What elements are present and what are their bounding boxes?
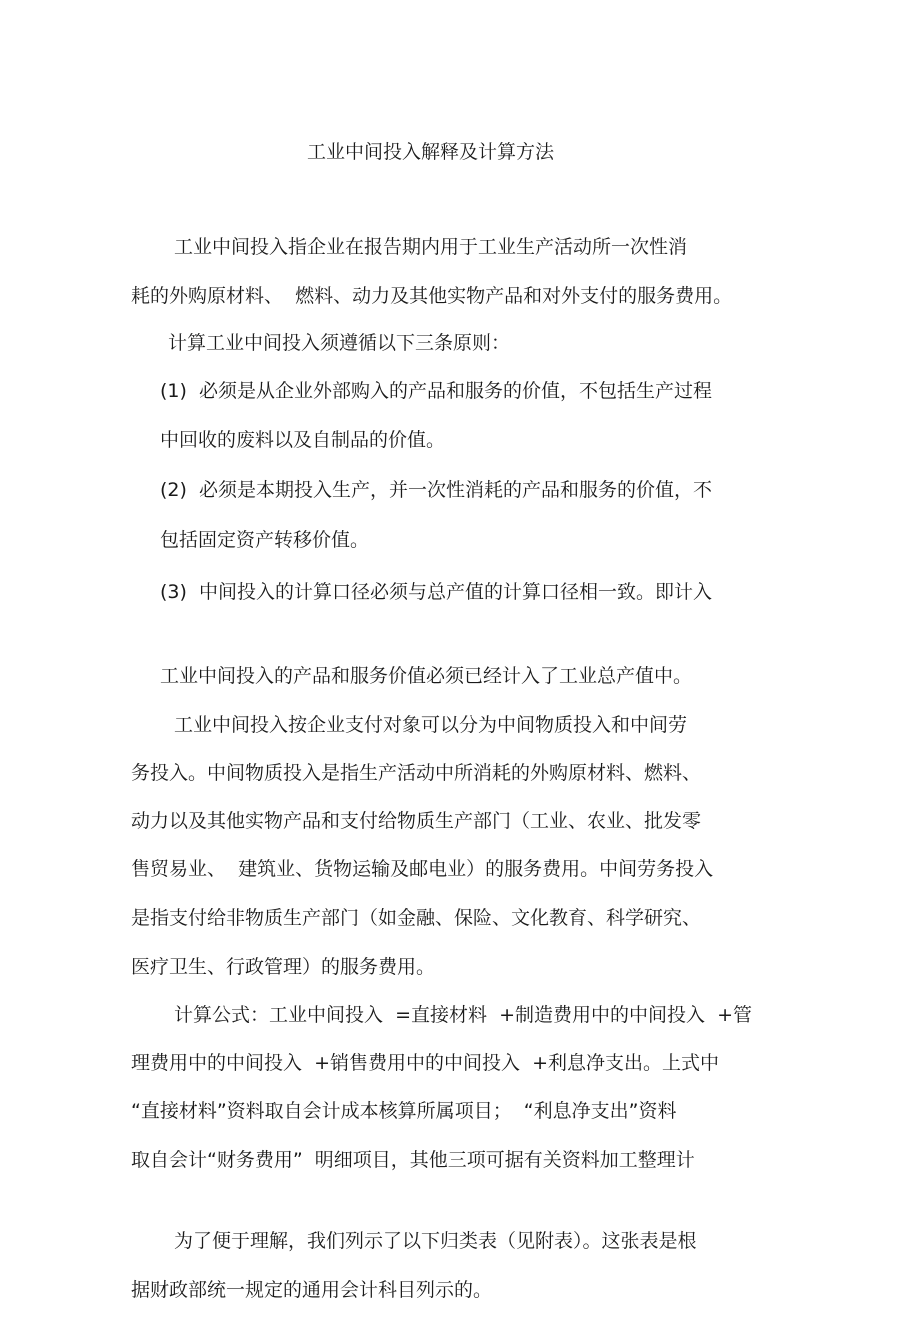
paragraph-formula-line-1: 计算公式：工业中间投入 =直接材料 +制造费用中的中间投入 +管 (174, 1003, 752, 1027)
paragraph-classification-line-3: 动力以及其他实物产品和支付给物质生产部门（工业、农业、批发零 (131, 809, 701, 833)
paragraph-classification-line-4: 售贸易业、 建筑业、货物运输及邮电业）的服务费用。中间劳务投入 (131, 857, 713, 881)
principle-2-line-2: 包括固定资产转移价值。 (160, 528, 369, 552)
paragraph-definition-line-2: 耗的外购原材料、 燃料、动力及其他实物产品和对外支付的服务费用。 (131, 284, 732, 308)
paragraph-classification-line-2: 务投入。中间物质投入是指生产活动中所消耗的外购原材料、燃料、 (131, 761, 701, 785)
principle-1-line-2: 中回收的废料以及自制品的价值。 (160, 428, 445, 452)
paragraph-classification-line-5: 是指支付给非物质生产部门（如金融、保险、文化教育、科学研究、 (131, 906, 701, 930)
paragraph-formula-line-2: 理费用中的中间投入 +销售费用中的中间投入 +利息净支出。上式中 (131, 1051, 719, 1075)
paragraph-appendix-line-2: 据财政部统一规定的通用会计科目列示的。 (131, 1278, 492, 1302)
paragraph-appendix-line-1: 为了便于理解，我们列示了以下归类表（见附表）。这张表是根 (174, 1229, 697, 1253)
principle-1-line-1: (1) 必须是从企业外部购入的产品和服务的价值，不包括生产过程 (160, 379, 712, 403)
principles-intro: 计算工业中间投入须遵循以下三条原则： (168, 331, 510, 355)
principle-2-line-1: (2) 必须是本期投入生产，并一次性消耗的产品和服务的价值，不 (160, 478, 712, 502)
principle-3-line-2: 工业中间投入的产品和服务价值必须已经计入了工业总产值中。 (160, 664, 692, 688)
paragraph-classification-line-6: 医疗卫生、行政管理）的服务费用。 (131, 955, 435, 979)
paragraph-formula-line-4: 取自会计“财务费用” 明细项目，其他三项可据有关资料加工整理计 (131, 1148, 695, 1172)
document-title: 工业中间投入解释及计算方法 (307, 140, 554, 164)
paragraph-formula-line-3: “直接材料”资料取自会计成本核算所属项目； “利息净支出”资料 (131, 1099, 676, 1123)
principle-3-line-1: (3) 中间投入的计算口径必须与总产值的计算口径相一致。即计入 (160, 580, 712, 604)
paragraph-classification-line-1: 工业中间投入按企业支付对象可以分为中间物质投入和中间劳 (174, 713, 687, 737)
paragraph-definition-line-1: 工业中间投入指企业在报告期内用于工业生产活动所一次性消 (174, 235, 687, 259)
document-page: 工业中间投入解释及计算方法 工业中间投入指企业在报告期内用于工业生产活动所一次性… (0, 0, 920, 1331)
